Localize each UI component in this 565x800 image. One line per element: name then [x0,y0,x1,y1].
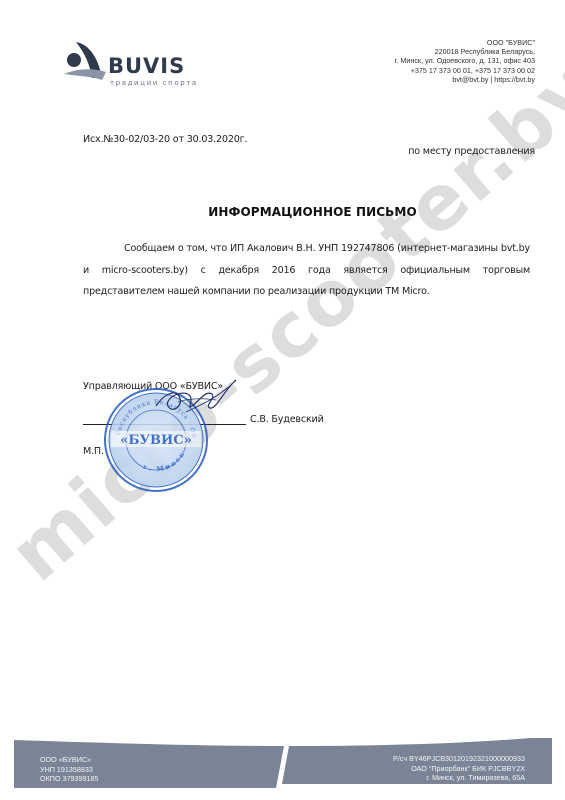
letter-page: BUVIS традиции спорта ООО "БУВИС" 220018… [0,0,565,800]
stamp-center-text: «БУВИС» [120,433,192,448]
logo-wordmark: BUVIS [108,54,185,78]
outgoing-reference: Исх.№30-02/03-20 от 30.03.2020г. [83,134,247,145]
footer-line: г. Минск, ул. Тимирязева, 65А [393,773,525,783]
handwritten-signature-icon [150,376,240,426]
company-logo: BUVIS традиции спорта [62,38,242,88]
footer-line: ОАО "Приорбанк" БИК PJCBBY2X [393,764,525,774]
watermark: micro-scooter.by [0,42,565,598]
logo-tagline: традиции спорта [110,79,198,87]
letter-title: ИНФОРМАЦИОННОЕ ПИСЬМО [0,205,565,219]
footer-bank-details: Р/сч BY46PJCB30120192321000000933 ОАО "П… [393,754,525,783]
footer-line: УНП 191358833 [40,765,99,775]
contact-line: bvt@bvt.by | https://bvt.by [395,75,535,84]
footer-company-details: ООО «БУВИС» УНП 191358833 ОКПО 379399185 [40,755,99,784]
body-line: Сообщаем о том, что ИП Акалович В.Н. УНП… [83,238,530,260]
contact-line: 220018 Республика Беларусь, [395,47,535,56]
company-contacts: ООО "БУВИС" 220018 Республика Беларусь, … [395,38,535,84]
footer-line: ОКПО 379399185 [40,774,99,784]
seal-label: М.П. [83,446,104,457]
footer-line: Р/сч BY46PJCB30120192321000000933 [393,754,525,764]
body-line: представителем нашей компании по реализа… [83,281,530,303]
addressee: по месту предоставления [408,146,535,157]
letter-body: Сообщаем о том, что ИП Акалович В.Н. УНП… [83,238,530,303]
contact-line: ООО "БУВИС" [395,38,535,47]
contact-line: +375 17 373 00 01, +375 17 373 00 02 [395,66,535,75]
footer-line: ООО «БУВИС» [40,755,99,765]
body-line: и micro-scooters.by) с декабря 2016 года… [83,260,530,282]
signatory-name: С.В. Будевский [250,414,324,425]
letterhead-footer: ООО «БУВИС» УНП 191358833 ОКПО 379399185… [14,738,552,788]
contact-line: г. Минск, ул. Одоевского, д. 131, офис 4… [395,56,535,65]
